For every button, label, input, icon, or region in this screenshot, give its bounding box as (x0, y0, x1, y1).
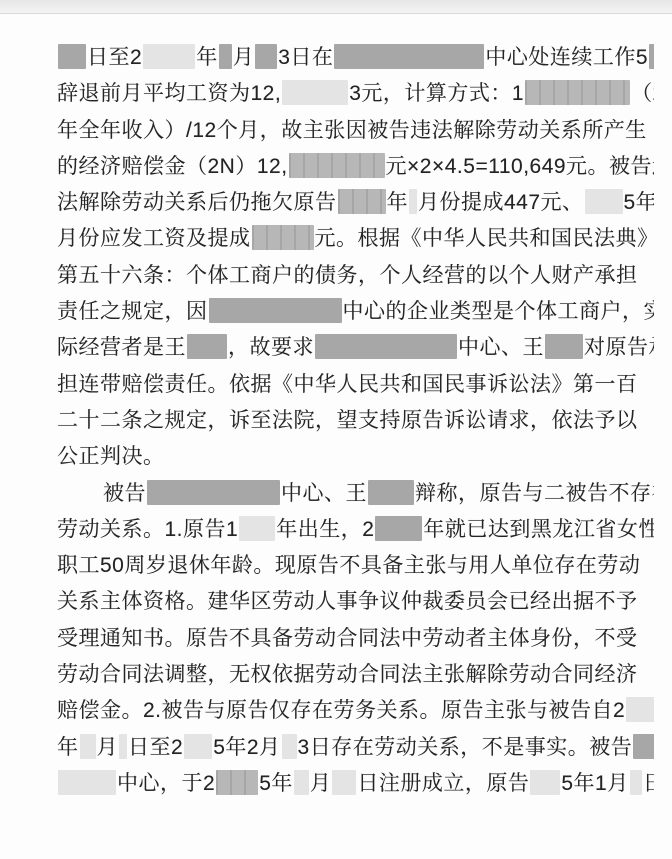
document-line: 日至2年月3日在中心处连续工作5个月，被 (57, 40, 654, 76)
redaction-box (530, 770, 560, 795)
text-run: 辞退前月平均工资为12, (57, 76, 281, 112)
redaction-box (282, 734, 297, 759)
redaction-box (209, 298, 342, 323)
text-run: 年就已达到黑龙江省女性 (423, 512, 654, 548)
redaction-box (119, 734, 127, 759)
text-run: 中心、王 (458, 330, 544, 366)
document-line: 职工50周岁退休年龄。现原告不具备主张与用人单位存在劳动 (57, 548, 654, 584)
text-run: 劳动关系。1.原告1 (57, 512, 238, 548)
document-line: 第五十六条：个体工商户的债务，个人经营的以个人财产承担 (57, 258, 654, 294)
text-run: 中心的企业类型是个体工商户，实 (343, 294, 655, 330)
text-run: 年 (196, 40, 218, 76)
text-run: 二十二条之规定，诉至法院，望支持原告诉讼请求，依法予以 (57, 403, 638, 439)
document-line: 际经营者是王，故要求中心、王对原告承 (57, 330, 654, 366)
redaction-box (545, 334, 583, 359)
text-run: 元。根据《中华人民共和国民法典》 (315, 221, 655, 257)
text-run: 公正判决。 (57, 439, 165, 475)
text-run: 日至2 (87, 40, 142, 76)
document-line: 年全年收入）/12个月，故主张因被告违法解除劳动关系所产生 (57, 113, 654, 149)
redaction-box (184, 734, 212, 759)
redaction-box (80, 734, 96, 759)
text-run: 3元，计算方式：1 (349, 76, 524, 112)
text-run: 受理通知书。原告不具备劳动合同法中劳动者主体身份，不受 (57, 621, 638, 657)
redaction-box (216, 770, 258, 795)
text-run: 月 (310, 766, 332, 802)
text-run: 对原告承 (584, 330, 654, 366)
document-line: 赔偿金。2.被告与原告仅存在劳务关系。原告主张与被告自2 (57, 693, 654, 729)
redaction-box (585, 189, 623, 214)
text-run: 劳动合同法调整，无权依据劳动合同法主张解除劳动合同经济 (57, 657, 638, 693)
redaction-box (58, 770, 116, 795)
text-run: 3日在 (278, 40, 333, 76)
redaction-box (143, 44, 195, 69)
document-line: 被告中心、王辩称，原告与二被告不存在 (57, 476, 654, 512)
document-line: 中心，于25年月日注册成立，原告5年1月日才 (57, 766, 654, 802)
redaction-box (525, 80, 630, 105)
text-run: 担连带赔偿责任。依据《中华人民共和国民事诉讼法》第一百 (57, 367, 638, 403)
document-line: 法解除劳动关系后仍拖欠原告年月份提成447元、5年 (57, 185, 654, 221)
text-run: 职工50周岁退休年龄。现原告不具备主张与用人单位存在劳动 (57, 548, 640, 584)
text-run: 日才 (643, 766, 654, 802)
document-line: 责任之规定，因中心的企业类型是个体工商户，实 (57, 294, 654, 330)
redaction-box (315, 334, 457, 359)
text-run: 中心，于2 (117, 766, 215, 802)
redaction-box (334, 44, 484, 69)
redaction-box (630, 770, 642, 795)
text-run: 5年 (259, 766, 293, 802)
redaction-box (633, 734, 654, 759)
text-run: ，故要求 (228, 330, 314, 366)
redaction-box (239, 516, 275, 541)
redaction-box (58, 44, 86, 69)
text-run: 辩称，原告与二被告不存在 (415, 476, 654, 512)
document-line: 公正判决。 (57, 439, 654, 475)
text-run: 年 (57, 730, 79, 766)
document-line: 的经济赔偿金（2N）12,元×2×4.5=110,649元。被告违 (57, 149, 654, 185)
redaction-box (187, 334, 227, 359)
redaction-box (294, 770, 309, 795)
text-run: 中心处连续工作5 (485, 40, 648, 76)
scan-top-edge (0, 0, 672, 14)
document-text: 日至2年月3日在中心处连续工作5个月，被辞退前月平均工资为12,3元，计算方式：… (0, 14, 672, 802)
text-run: 的经济赔偿金（2N）12, (57, 149, 288, 185)
text-run: 5年1月 (561, 766, 628, 802)
text-run: 责任之规定，因 (57, 294, 208, 330)
document-line: 受理通知书。原告不具备劳动合同法中劳动者主体身份，不受 (57, 621, 654, 657)
text-run: 元×2×4.5=110,649元。被告违 (386, 149, 654, 185)
redaction-box (338, 189, 386, 214)
document-line: 关系主体资格。建华区劳动人事争议仲裁委员会已经出据不予 (57, 584, 654, 620)
redaction-box (409, 189, 417, 214)
text-run: 被告 (103, 476, 146, 512)
redaction-box (255, 44, 277, 69)
redaction-box (252, 225, 314, 250)
text-run: 月份应发工资及提成 (57, 221, 251, 257)
document-line: 月份应发工资及提成元。根据《中华人民共和国民法典》 (57, 221, 654, 257)
text-run: 年 (387, 185, 409, 221)
redaction-box (375, 516, 422, 541)
redaction-box (649, 44, 654, 69)
text-run: 际经营者是王 (57, 330, 186, 366)
text-run: 赔偿金。2.被告与原告仅存在劳务关系。原告主张与被告自2 (57, 693, 625, 729)
redaction-box (219, 44, 232, 69)
text-run: 关系主体资格。建华区劳动人事争议仲裁委员会已经出据不予 (57, 584, 638, 620)
text-run: 法解除劳动关系后仍拖欠原告 (57, 185, 337, 221)
document-line: 劳动合同法调整，无权依据劳动合同法主张解除劳动合同经济 (57, 657, 654, 693)
document-line: 年月日至25年2月3日存在劳动关系，不是事实。被告 (57, 730, 654, 766)
text-run: 第五十六条：个体工商户的债务，个人经营的以个人财产承担 (57, 258, 638, 294)
redaction-box (282, 80, 348, 105)
text-run: 年出生，2 (276, 512, 374, 548)
text-run: 日至2 (128, 730, 183, 766)
document-line: 辞退前月平均工资为12,3元，计算方式：1（2024 (57, 76, 654, 112)
text-run: 月份提成447元、 (418, 185, 584, 221)
redaction-box (289, 153, 385, 178)
document-line: 劳动关系。1.原告1年出生，2年就已达到黑龙江省女性 (57, 512, 654, 548)
redaction-box (368, 480, 414, 505)
redaction-box (332, 770, 356, 795)
text-run: 日注册成立，原告 (357, 766, 529, 802)
redaction-box (626, 697, 654, 722)
text-run: 月 (233, 40, 255, 76)
redaction-box (147, 480, 280, 505)
text-run: 年全年收入）/12个月，故主张因被告违法解除劳动关系所产生 (57, 113, 647, 149)
text-run: 5年 (624, 185, 654, 221)
text-run: 月 (97, 730, 119, 766)
document-line: 担连带赔偿责任。依据《中华人民共和国民事诉讼法》第一百 (57, 367, 654, 403)
text-run: 中心、王 (281, 476, 367, 512)
text-run: 3日存在劳动关系，不是事实。被告 (298, 730, 633, 766)
document-line: 二十二条之规定，诉至法院，望支持原告诉讼请求，依法予以 (57, 403, 654, 439)
text-run: （2024 (631, 76, 654, 112)
text-run: 5年2月 (213, 730, 280, 766)
